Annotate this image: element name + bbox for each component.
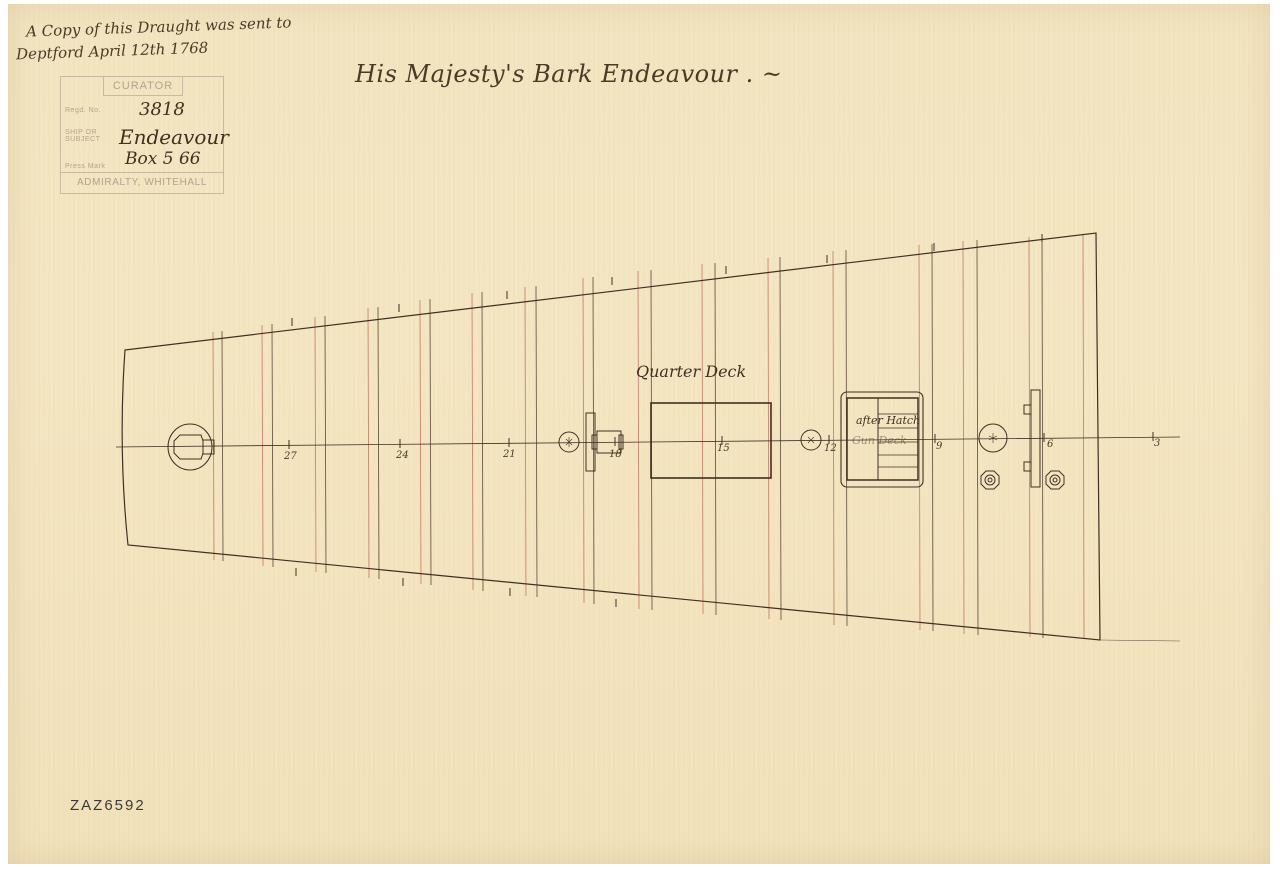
edge-ticks [292, 234, 1042, 607]
svg-text:6: 6 [1047, 439, 1054, 450]
skylight [651, 403, 771, 478]
after-hatch-sublabel: Gun Deck [852, 434, 907, 447]
svg-text:21: 21 [502, 449, 516, 460]
svg-text:18: 18 [609, 449, 622, 460]
svg-text:9: 9 [936, 441, 943, 452]
quarter-deck-label: Quarter Deck [636, 362, 746, 381]
svg-text:15: 15 [717, 443, 730, 454]
centerline [116, 437, 1180, 447]
svg-text:12: 12 [824, 443, 837, 454]
station-lines-red [213, 234, 1084, 639]
svg-text:3: 3 [1154, 438, 1160, 449]
after-hatch-label: after Hatch [856, 414, 920, 427]
svg-text:27: 27 [283, 451, 297, 462]
quarter-deck-plan: 27 24 21 18 15 12 9 6 3 [0, 0, 1280, 870]
rudder-head [168, 424, 214, 470]
main-mast [979, 424, 1007, 452]
mizzen-mast [559, 432, 579, 452]
station-ticks: 27 24 21 18 15 12 9 6 3 [283, 432, 1160, 462]
svg-text:24: 24 [395, 450, 409, 461]
octagon-bitts [981, 471, 1064, 489]
pump-circle [801, 430, 821, 450]
deck-outline [122, 233, 1100, 640]
reference-number: ZAZ6592 [70, 797, 146, 814]
